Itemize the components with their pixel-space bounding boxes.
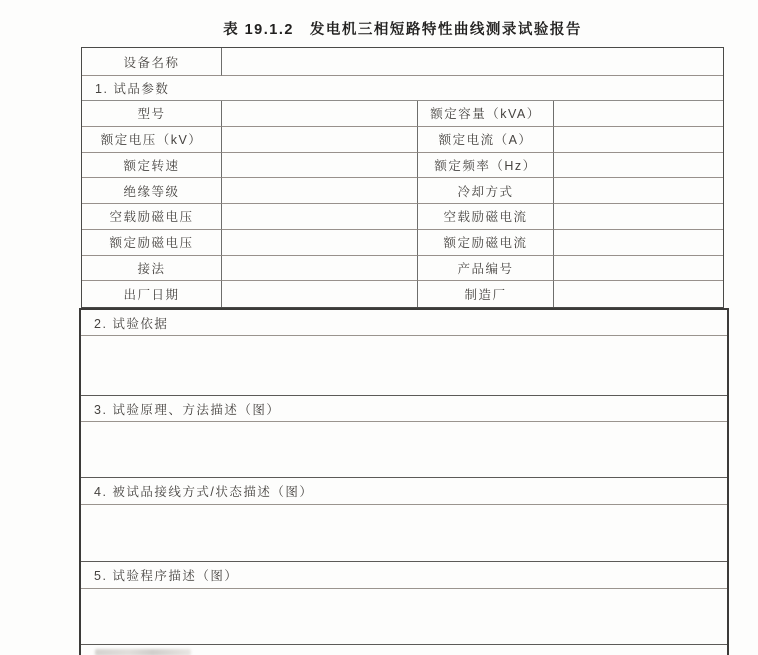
param-label: 制造厂 <box>418 281 554 307</box>
param-value-cell <box>554 256 723 282</box>
param-label: 额定容量（kVA） <box>418 101 554 127</box>
param-value-cell <box>222 204 418 230</box>
param-label: 出厂日期 <box>82 281 222 307</box>
parameter-table: 设备名称 1. 试品参数 型号 额定容量（kVA） 额定电压（kV） 额定电流（… <box>81 47 724 308</box>
param-label: 额定励磁电压 <box>82 230 222 256</box>
param-label: 冷却方式 <box>418 178 554 204</box>
param-value-cell <box>222 281 418 307</box>
table-number: 表 19.1.2 <box>223 22 294 38</box>
document-title: 表 19.1.2发电机三相短路特性曲线测录试验报告 <box>81 18 724 39</box>
param-value-cell <box>554 127 723 153</box>
param-value-cell <box>222 101 418 127</box>
param-label: 空载励磁电压 <box>82 204 222 230</box>
section-3-header: 3. 试验原理、方法描述（图） <box>81 396 727 422</box>
param-label: 额定频率（Hz） <box>418 153 554 179</box>
param-value-cell <box>222 127 418 153</box>
sections-box: 2. 试验依据 3. 试验原理、方法描述（图） 4. 被试品接线方式/状态描述（… <box>79 308 729 655</box>
param-label: 额定电压（kV） <box>82 127 222 153</box>
param-label: 空载励磁电流 <box>418 204 554 230</box>
param-value-cell <box>222 230 418 256</box>
cutoff-bottom-row <box>81 645 727 655</box>
param-label: 型号 <box>82 101 222 127</box>
param-label: 额定励磁电流 <box>418 230 554 256</box>
device-name-label: 设备名称 <box>82 48 222 76</box>
param-label: 额定电流（A） <box>418 127 554 153</box>
section-2-header: 2. 试验依据 <box>81 310 727 336</box>
param-value-cell <box>554 281 723 307</box>
section-1-header: 1. 试品参数 <box>82 76 723 101</box>
param-label: 产品编号 <box>418 256 554 282</box>
param-value-cell <box>554 204 723 230</box>
report-sheet: 表 19.1.2发电机三相短路特性曲线测录试验报告 设备名称 1. 试品参数 型… <box>0 0 758 655</box>
param-value-cell <box>222 153 418 179</box>
param-value-cell <box>554 230 723 256</box>
section-3-content-area <box>81 422 727 478</box>
section-5-content-area <box>81 589 727 645</box>
param-label: 绝缘等级 <box>82 178 222 204</box>
param-label: 额定转速 <box>82 153 222 179</box>
section-4-header: 4. 被试品接线方式/状态描述（图） <box>81 478 727 505</box>
document-title-text: 发电机三相短路特性曲线测录试验报告 <box>310 22 582 38</box>
section-5-header: 5. 试验程序描述（图） <box>81 562 727 589</box>
section-4-content-area <box>81 505 727 562</box>
param-value-cell <box>222 178 418 204</box>
param-value-cell <box>222 256 418 282</box>
param-value-cell <box>554 153 723 179</box>
param-value-cell <box>554 101 723 127</box>
section-2-content-area <box>81 336 727 396</box>
param-label: 接法 <box>82 256 222 282</box>
cutoff-text-fragment <box>95 649 191 655</box>
param-value-cell <box>554 178 723 204</box>
device-name-value-cell <box>222 48 723 76</box>
